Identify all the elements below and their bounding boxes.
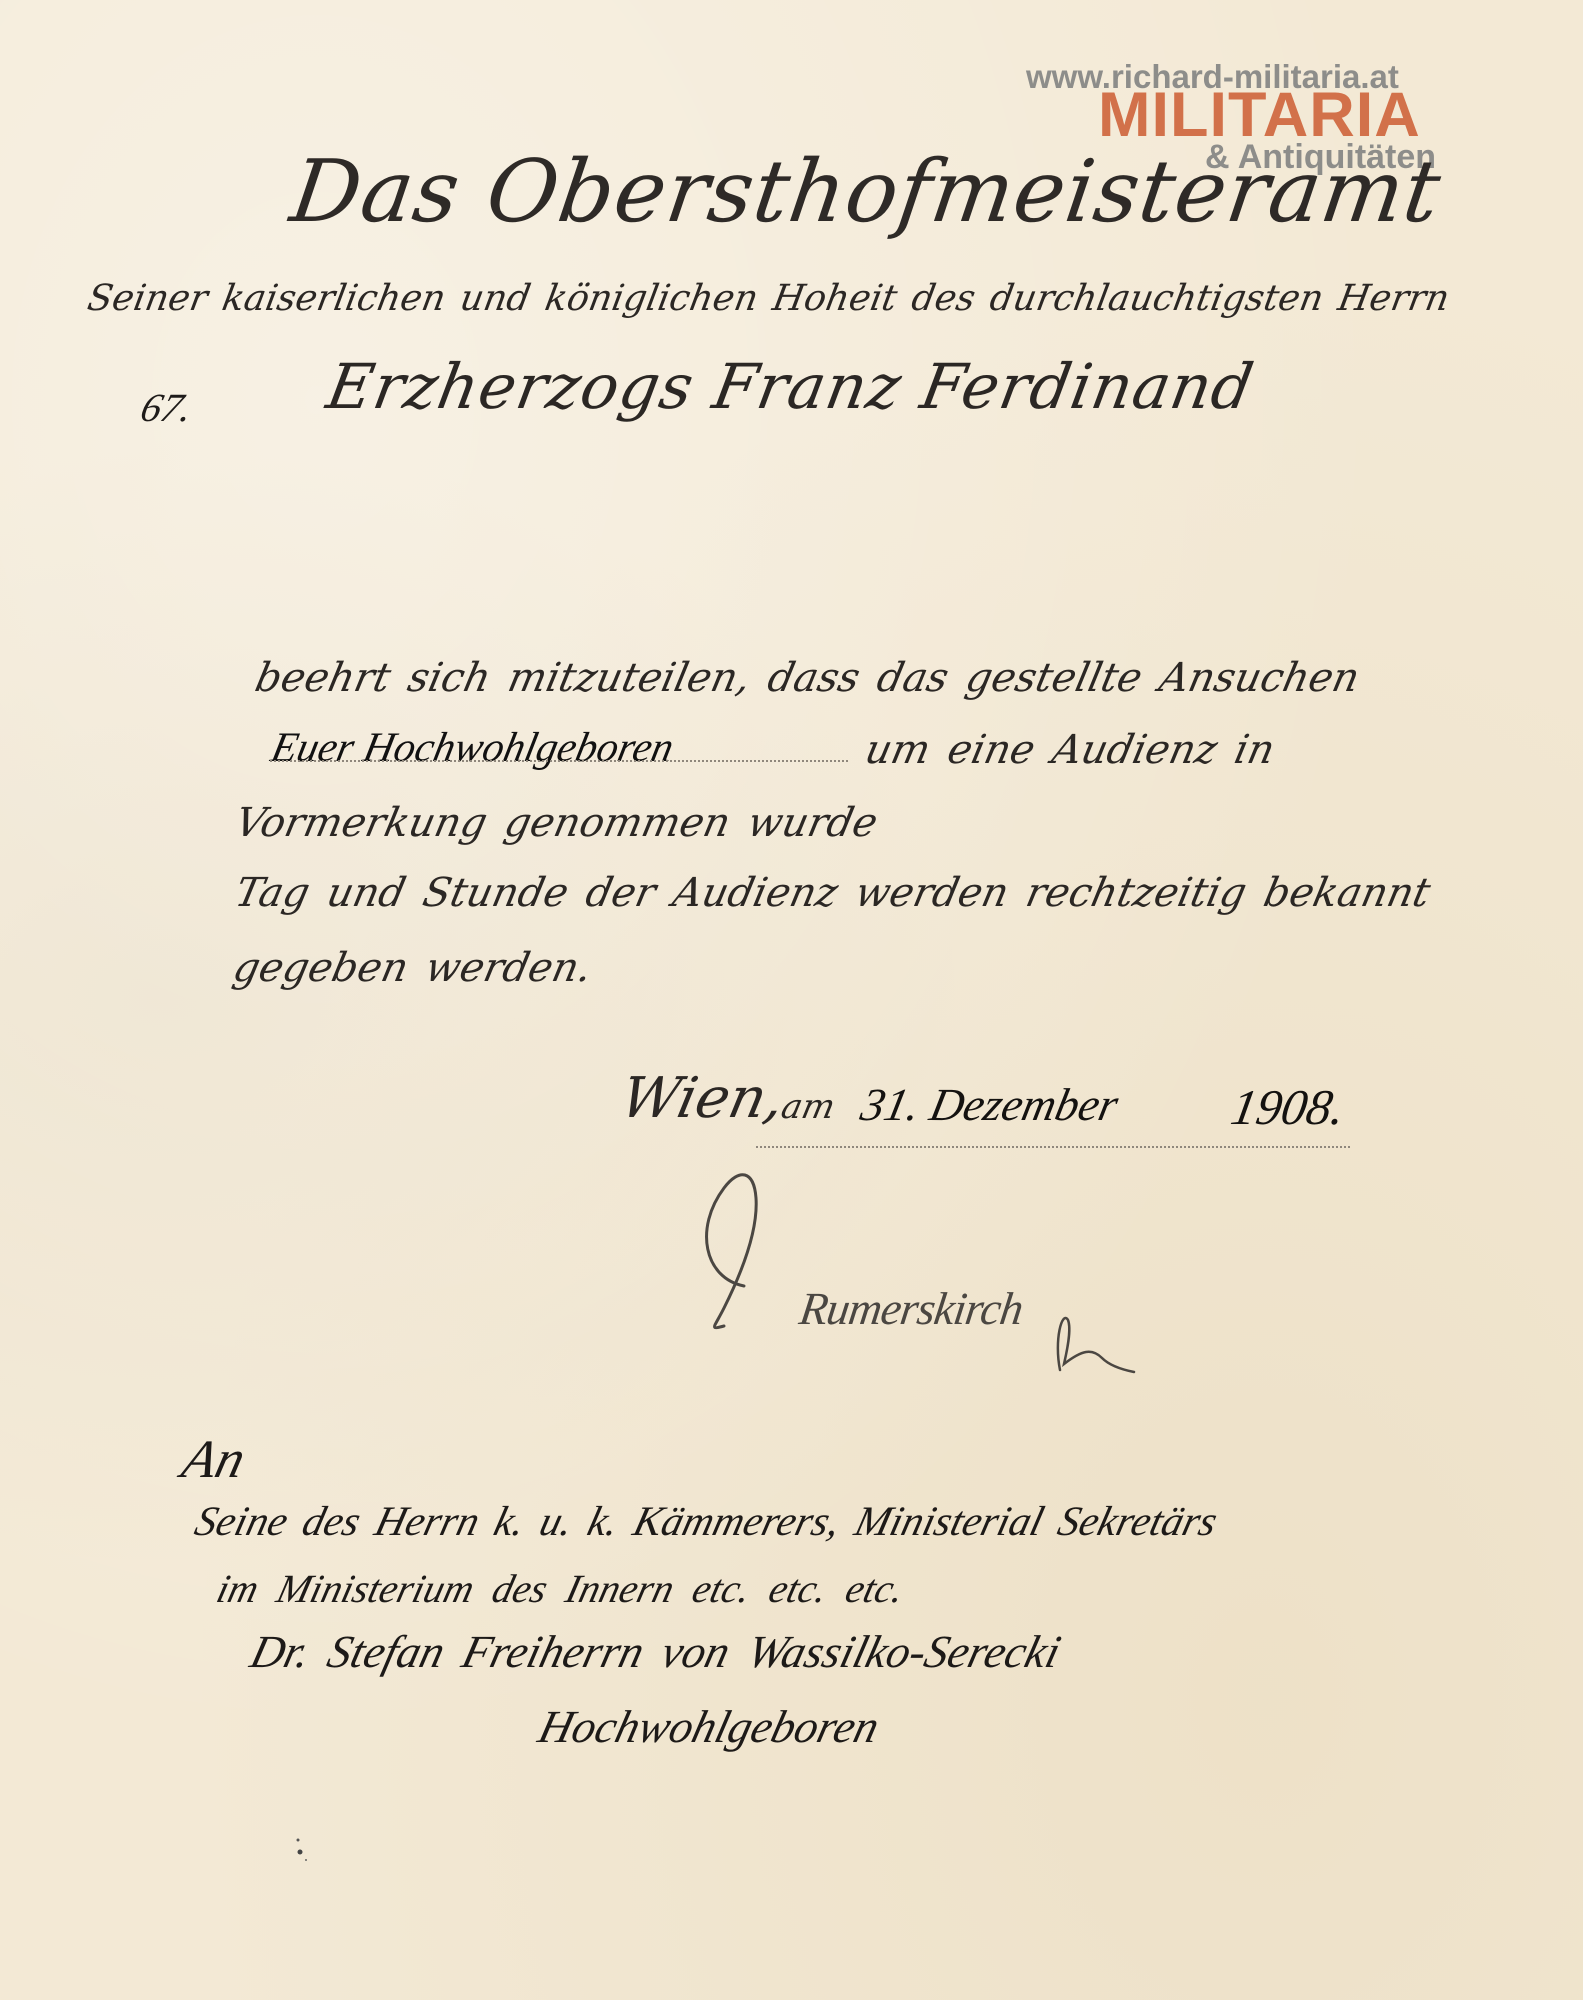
letterhead-subtitle: Seiner kaiserlichen und königlichen Hohe… — [84, 278, 1452, 319]
fill-in-dotted-rule — [270, 760, 848, 762]
address-line-4: Hochwohlgeboren — [533, 1700, 884, 1753]
date-day-month: 31. Dezember — [856, 1078, 1123, 1131]
body-line-4: Tag und Stunde der Audienz werden rechtz… — [231, 870, 1434, 916]
signature-paraph-icon — [1052, 1300, 1142, 1380]
address-salutation: An — [176, 1428, 251, 1490]
address-line-3: Dr. Stefan Freiherrn von Wassilko-Sereck… — [245, 1625, 1066, 1678]
body-line-2-handwritten-fill: Euer Hochwohlgeboren — [267, 724, 678, 772]
body-line-1: beehrt sich mitzuteilen, dass das gestel… — [251, 655, 1363, 701]
address-line-1: Seine des Herrn k. u. k. Kämmerers, Mini… — [190, 1498, 1222, 1546]
address-line-2: im Ministerium des Innern etc. etc. etc. — [212, 1565, 909, 1612]
reference-number: 67. — [136, 384, 199, 431]
date-place: Wien, — [615, 1066, 790, 1131]
body-line-3: Vormerkung genommen wurde — [231, 800, 882, 846]
date-am: am — [778, 1087, 839, 1127]
signature: Rumerskirch — [796, 1282, 1026, 1335]
letterhead-name: Erzherzogs Franz Ferdinand — [322, 350, 1260, 423]
body-line-2-rest: um eine Audienz in — [861, 727, 1279, 773]
date-dotted-rule — [756, 1146, 1350, 1148]
body-line-5: gegeben werden. — [229, 945, 596, 991]
date-year: 1908. — [1227, 1078, 1350, 1136]
letterhead-title: Das Obersthofmeisteramt — [285, 142, 1447, 242]
ink-specks-icon — [290, 1830, 320, 1880]
